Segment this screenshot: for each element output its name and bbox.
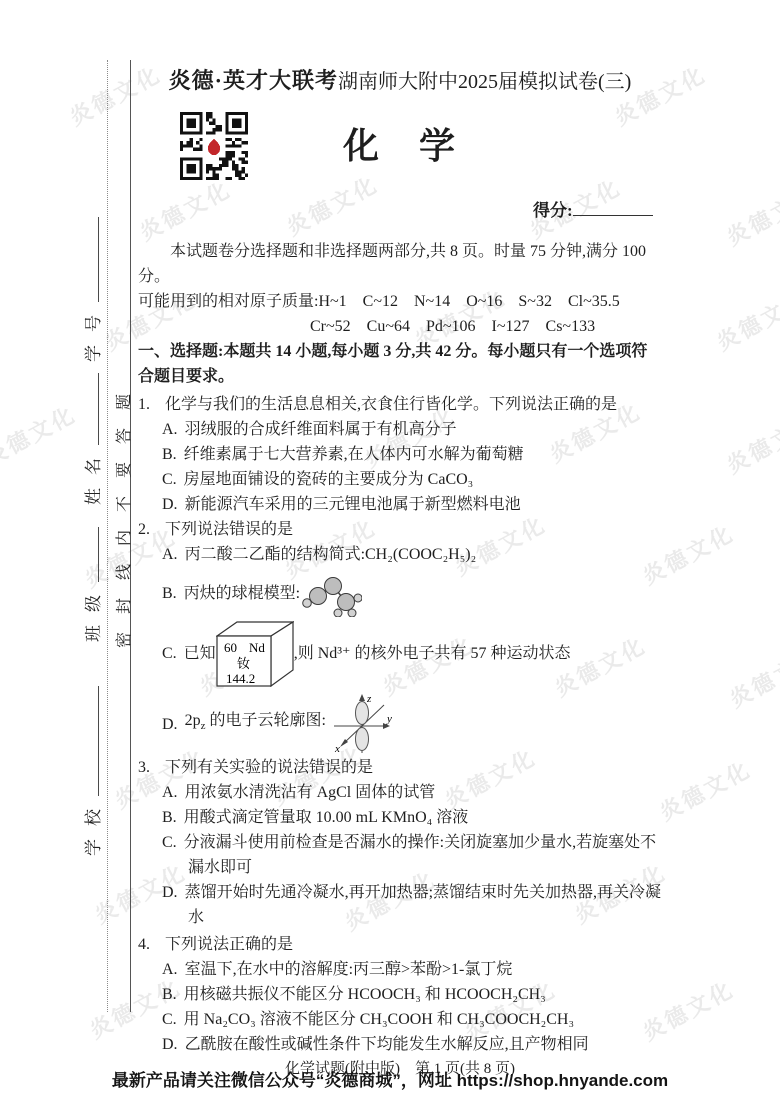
- subject-title: 化 学: [138, 118, 662, 169]
- hydrogen-atom: [354, 594, 362, 602]
- option-row: B.纤维素属于七大营养素,在人体内可水解为葡萄糖: [162, 442, 662, 467]
- question-stem-text: 下列有关实验的说法错误的是: [165, 755, 373, 780]
- promo-footer: 最新产品请关注微信公众号“炎德商城”，网址 https://shop.hnyan…: [0, 1066, 780, 1091]
- option-text: 纤维素属于七大营养素,在人体内可水解为葡萄糖: [184, 446, 524, 463]
- axis-label-x: x: [334, 743, 340, 755]
- option-label: A.: [162, 961, 178, 978]
- option-text: 用浓氨水清洗沾有 AgCl 固体的试管: [185, 784, 436, 801]
- intro-line-2: 可能用到的相对原子质量:H~1 C~12 N~14 O~16 S~32 Cl~3…: [138, 289, 662, 314]
- field-blank-line: [85, 527, 99, 582]
- option-label: A.: [162, 546, 178, 563]
- question-stem-text: 下列说法正确的是: [165, 932, 293, 957]
- field-blank-line: [85, 686, 99, 796]
- section-heading: 一、选择题:本题共 14 小题,每小题 3 分,共 42 分。每小题只有一个选项…: [138, 339, 662, 389]
- option-text: 丙炔的球棍模型:: [184, 581, 300, 606]
- option-text: 2pz 的电子云轮廓图:: [185, 708, 326, 739]
- option-row: D. 2pz 的电子云轮廓图: z y x: [162, 693, 662, 755]
- margin-field-school: 学校: [79, 686, 104, 856]
- carbon-atom: [325, 578, 342, 595]
- axis-label-z: z: [366, 693, 372, 705]
- option-text: 蒸馏开始时先通冷凝水,再开加热器;蒸馏结束时先关加热器,再关冷凝水: [185, 884, 661, 926]
- watermark-text: 炎德文化: [654, 753, 757, 827]
- option-row: C. 已知 60 Nd 钕 144.2 ,则 Nd³⁺ 的核外电子共有 57 种…: [162, 619, 662, 687]
- option-text: 分液漏斗使用前检查是否漏水的操作:关闭旋塞加少量水,若旋塞处不漏水即可: [184, 834, 656, 876]
- option-label: D.: [162, 712, 178, 737]
- hydrogen-atom: [334, 609, 342, 617]
- element-mass: 144.2: [226, 671, 255, 686]
- axis-label-y: y: [386, 713, 392, 725]
- option-row: C.用 Na₂CO₃ 溶液不能区分 CH₃COOH 和 CH₃COOCH₂CH₃: [162, 1007, 662, 1032]
- option-text: 用酸式滴定管量取 10.00 mL KMnO₄ 溶液: [184, 809, 469, 826]
- element-atomic-number: 60: [224, 640, 237, 655]
- option-label: B.: [162, 809, 177, 826]
- option-row: C.房屋地面铺设的瓷砖的主要成分为 CaCO₃: [162, 467, 662, 492]
- watermark-text: 炎德文化: [724, 640, 780, 714]
- hydrogen-atom: [348, 609, 356, 617]
- watermark-text: 炎德文化: [721, 178, 780, 252]
- margin-field-label: 学校: [84, 796, 103, 856]
- margin-field-label: 姓名: [84, 445, 103, 505]
- option-label: C.: [162, 1011, 177, 1028]
- question-number: 2.: [138, 517, 165, 542]
- option-label: C.: [162, 471, 177, 488]
- question-stem-text: 化学与我们的生活息息相关,衣食住行皆化学。下列说法正确的是: [165, 392, 617, 417]
- watermark-text: 炎德文化: [134, 173, 237, 247]
- question-number: 1.: [138, 392, 165, 417]
- option-label: A.: [162, 784, 178, 801]
- seal-line-dotted: [107, 60, 108, 1012]
- option-text: ,则 Nd³⁺ 的核外电子共有 57 种运动状态: [294, 641, 571, 666]
- option-row: A.羽绒服的合成纤维面料属于有机高分子: [162, 417, 662, 442]
- option-text: 用 Na₂CO₃ 溶液不能区分 CH₃COOH 和 CH₃COOCH₂CH₃: [184, 1011, 574, 1028]
- pz-orbital-diagram: z y x: [326, 693, 394, 755]
- question-number: 4.: [138, 932, 165, 957]
- question-4: 4. 下列说法正确的是 A.室温下,在水中的溶解度:丙三醇>苯酚>1-氯丁烷 B…: [138, 932, 662, 1057]
- margin-field-label: 学号: [84, 302, 103, 362]
- score-line: 得分:: [533, 196, 653, 221]
- option-row: C.分液漏斗使用前检查是否漏水的操作:关闭旋塞加少量水,若旋塞处不漏水即可: [162, 830, 662, 880]
- option-label: B.: [162, 581, 177, 606]
- option-text: 羽绒服的合成纤维面料属于有机高分子: [185, 421, 457, 438]
- option-row: B.用核磁共振仪不能区分 HCOOCH₃ 和 HCOOCH₂CH₃: [162, 982, 662, 1007]
- option-label: D.: [162, 1036, 178, 1053]
- score-label: 得分:: [533, 201, 573, 220]
- option-row: A.丙二酸二乙酯的结构简式:CH₂(COOC₂H₅)₂: [162, 542, 662, 567]
- margin-field-name: 姓名: [79, 373, 104, 505]
- question-stem-text: 下列说法错误的是: [165, 517, 293, 542]
- question-2: 2. 下列说法错误的是 A.丙二酸二乙酯的结构简式:CH₂(COOC₂H₅)₂ …: [138, 517, 662, 755]
- exam-paper-page: { "watermark_text": "炎德文化", "header": { …: [0, 0, 780, 1104]
- watermark-text: 炎德文化: [0, 398, 81, 472]
- watermark-text: 炎德文化: [281, 168, 384, 242]
- z-axis-arrow: [359, 694, 365, 701]
- margin-field-student-id: 学号: [79, 217, 104, 362]
- exam-header: 炎德·英才大联考湖南师大附中2025届模拟试卷(三): [138, 64, 662, 95]
- option-row: A.室温下,在水中的溶解度:丙三醇>苯酚>1-氯丁烷: [162, 957, 662, 982]
- option-label: B.: [162, 986, 177, 1003]
- field-blank-line: [85, 217, 99, 302]
- orbital-lower-lobe: [355, 728, 368, 751]
- watermark-text: 炎德文化: [721, 406, 780, 480]
- field-blank-line: [85, 373, 99, 445]
- option-label: B.: [162, 446, 177, 463]
- option-text: 房屋地面铺设的瓷砖的主要成分为 CaCO₃: [184, 471, 474, 488]
- option-label: D.: [162, 884, 178, 901]
- question-stem: 3. 下列有关实验的说法错误的是: [138, 755, 662, 780]
- option-text: 室温下,在水中的溶解度:丙三醇>苯酚>1-氯丁烷: [185, 961, 513, 978]
- option-text: 丙二酸二乙酯的结构简式:CH₂(COOC₂H₅)₂: [185, 546, 477, 563]
- option-row: D.蒸馏开始时先通冷凝水,再开加热器;蒸馏结束时先关加热器,再关冷凝水: [162, 880, 662, 930]
- carbon-atom: [310, 588, 327, 605]
- exam-brand: 炎德·英才大联考: [169, 68, 338, 93]
- watermark-text: 炎德文化: [711, 283, 780, 357]
- margin-field-label: 班级: [84, 582, 103, 642]
- option-label: C.: [162, 641, 177, 666]
- score-blank-line: [573, 200, 653, 216]
- option-row: D.乙酰胺在酸性或碱性条件下均能发生水解反应,且产物相同: [162, 1032, 662, 1057]
- question-stem: 2. 下列说法错误的是: [138, 517, 662, 542]
- option-row: A.用浓氨水清洗沾有 AgCl 固体的试管: [162, 780, 662, 805]
- seal-instruction: 密封线内不要答题: [111, 376, 134, 648]
- question-stem: 4. 下列说法正确的是: [138, 932, 662, 957]
- option-text: 新能源汽车采用的三元锂电池属于新型燃料电池: [185, 496, 521, 513]
- option-row: D.新能源汽车采用的三元锂电池属于新型燃料电池: [162, 492, 662, 517]
- propyne-ball-stick-model: [300, 569, 362, 617]
- question-3: 3. 下列有关实验的说法错误的是 A.用浓氨水清洗沾有 AgCl 固体的试管 B…: [138, 755, 662, 930]
- intro-line-3: Cr~52 Cu~64 Pd~106 I~127 Cs~133: [138, 314, 662, 339]
- option-text: 乙酰胺在酸性或碱性条件下均能发生水解反应,且产物相同: [185, 1036, 589, 1053]
- option-label: D.: [162, 496, 178, 513]
- margin-field-class: 班级: [79, 527, 104, 642]
- option-label: C.: [162, 834, 177, 851]
- option-row: B. 丙炔的球棍模型:: [162, 567, 662, 619]
- element-cell-figure: 60 Nd 钕 144.2: [216, 619, 294, 687]
- question-1: 1. 化学与我们的生活息息相关,衣食住行皆化学。下列说法正确的是 A.羽绒服的合…: [138, 392, 662, 517]
- option-row: B.用酸式滴定管量取 10.00 mL KMnO₄ 溶液: [162, 805, 662, 830]
- option-text: 已知: [184, 641, 216, 666]
- option-text: 用核磁共振仪不能区分 HCOOCH₃ 和 HCOOCH₂CH₃: [184, 986, 546, 1003]
- question-number: 3.: [138, 755, 165, 780]
- intro-line-1: 本试题卷分选择题和非选择题两部分,共 8 页。时量 75 分钟,满分 100 分…: [138, 239, 662, 289]
- element-symbol: Nd: [249, 640, 265, 655]
- carbon-atom: [338, 594, 355, 611]
- option-label: A.: [162, 421, 178, 438]
- element-name: 钕: [237, 656, 250, 671]
- main-content: 本试题卷分选择题和非选择题两部分,共 8 页。时量 75 分钟,满分 100 分…: [138, 239, 662, 1082]
- question-stem: 1. 化学与我们的生活息息相关,衣食住行皆化学。下列说法正确的是: [138, 392, 662, 417]
- exam-name: 湖南师大附中2025届模拟试卷(三): [338, 71, 631, 93]
